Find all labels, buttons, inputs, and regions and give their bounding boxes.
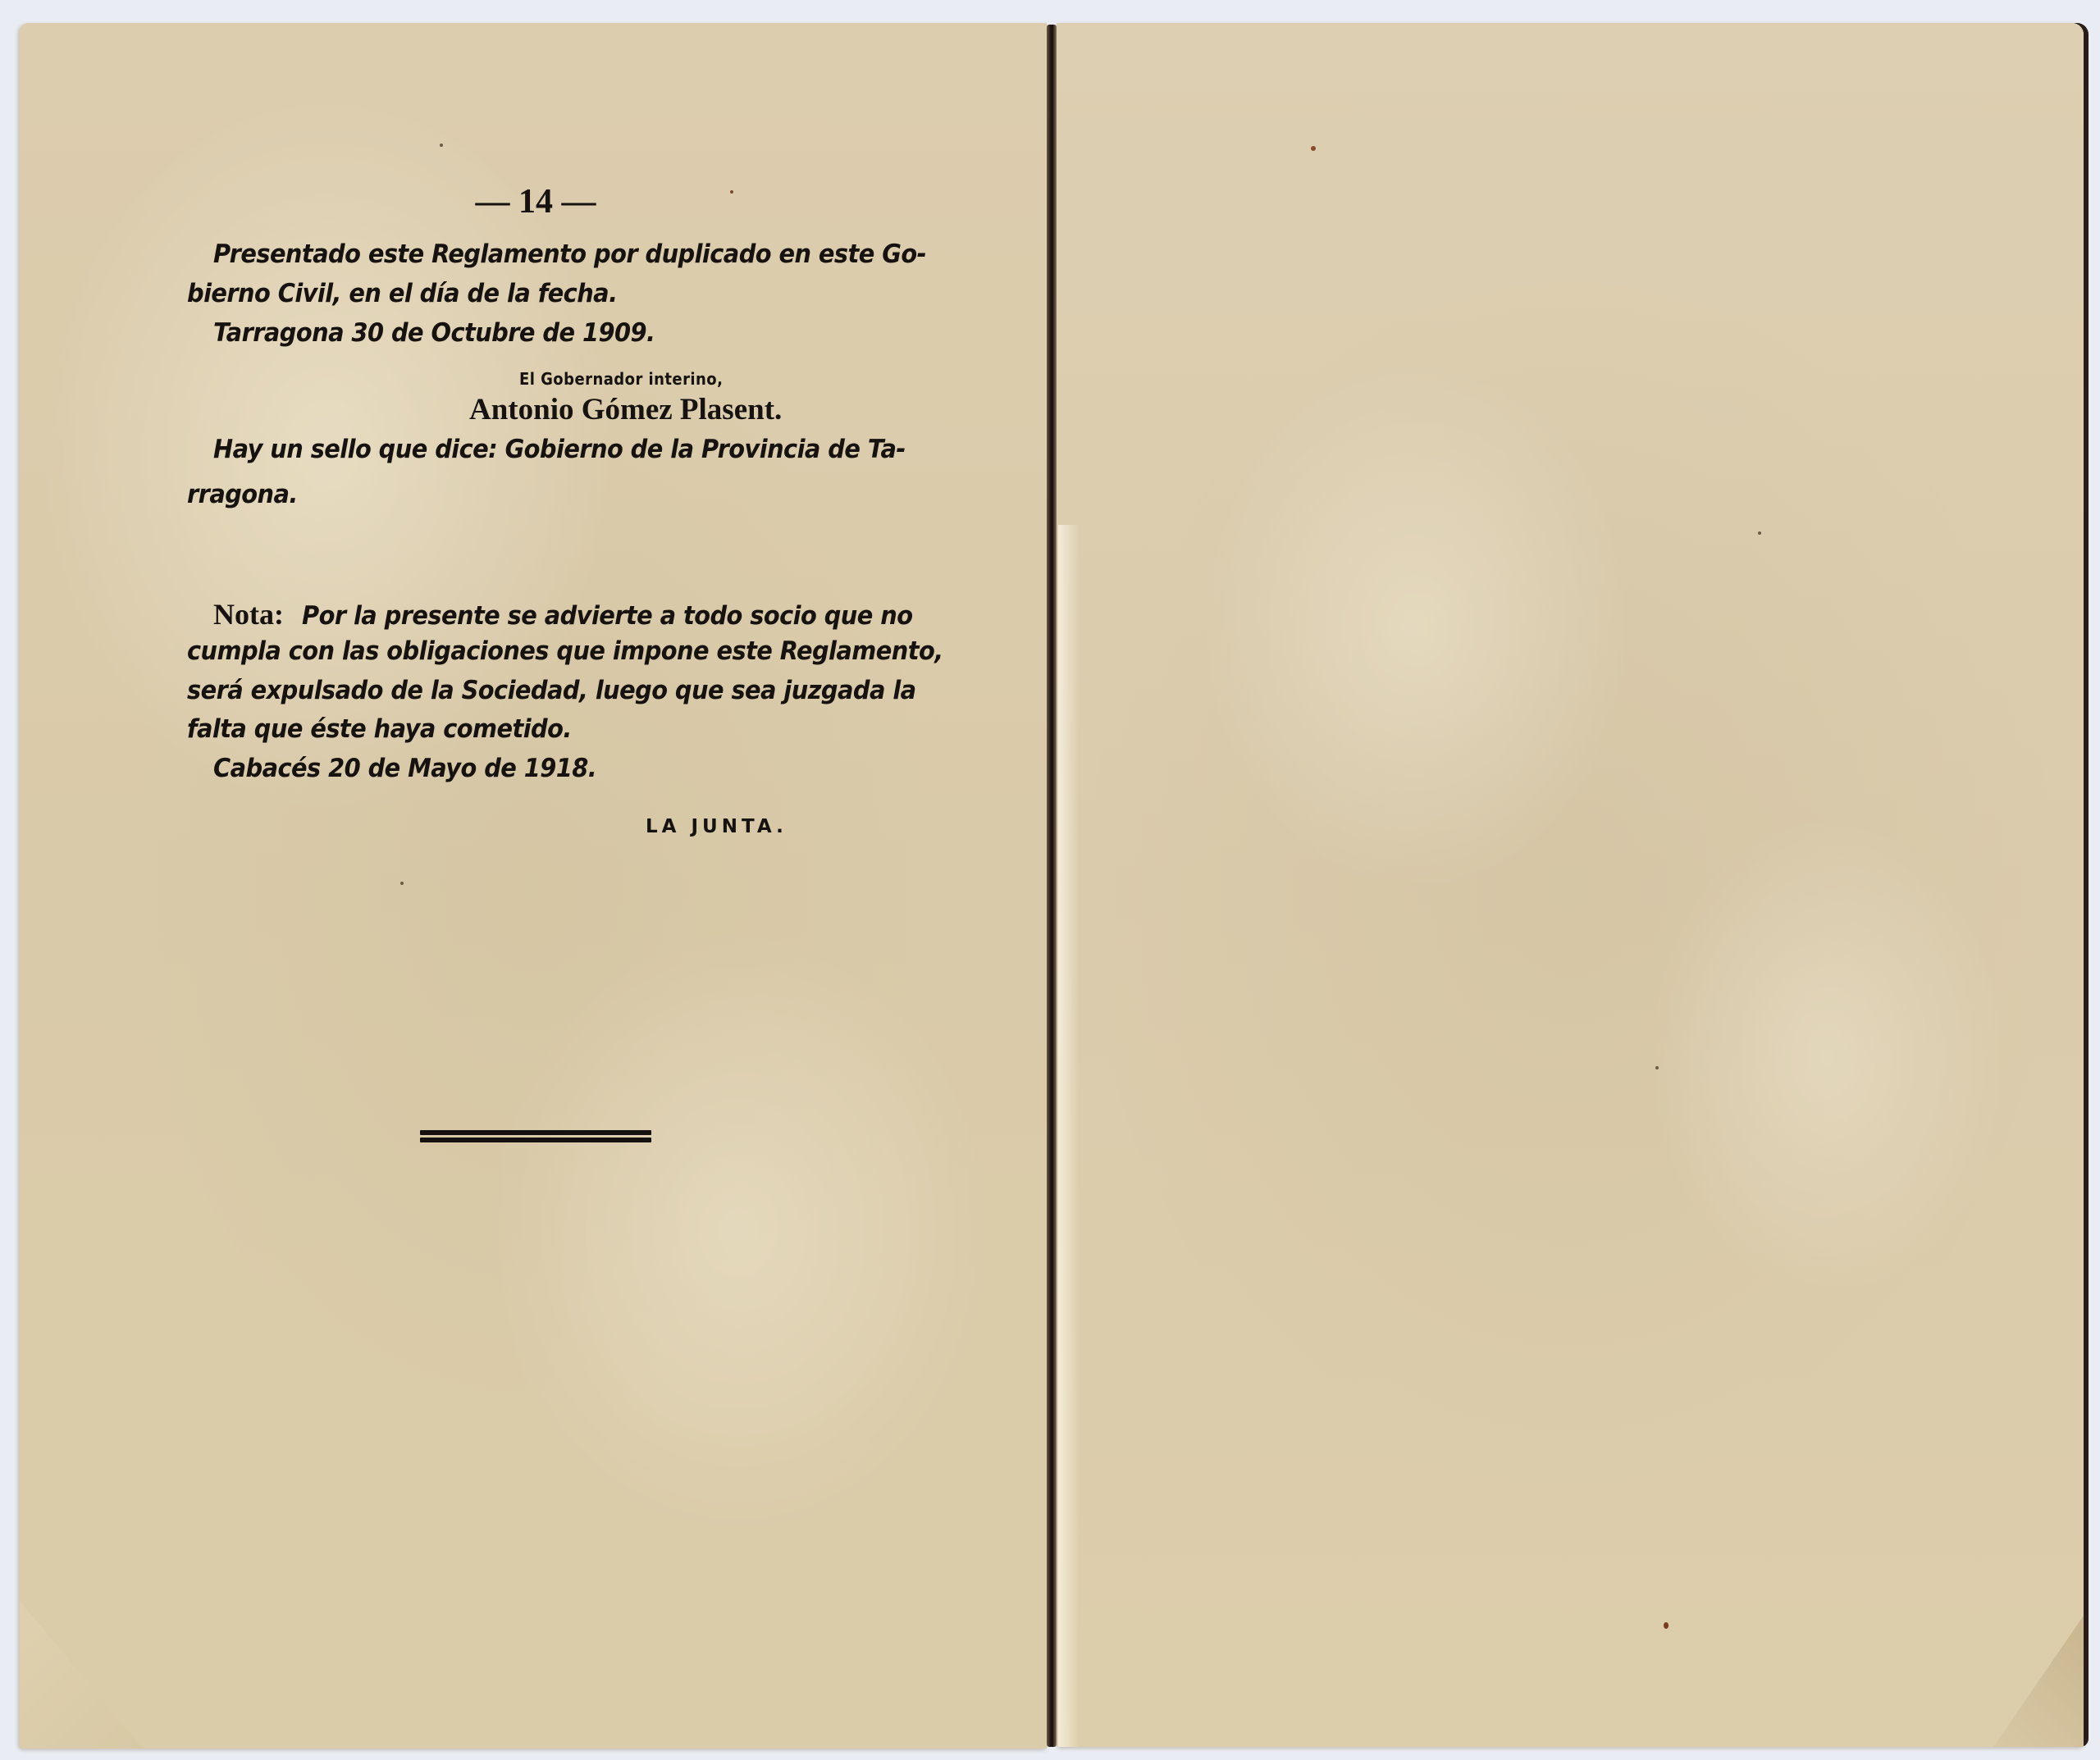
- paragraph-line: Presentado este Reglamento por duplicado…: [213, 239, 926, 269]
- nota-line: será expulsado de la Sociedad, luego que…: [187, 676, 916, 705]
- place-date-1909: Tarragona 30 de Octubre de 1909.: [213, 318, 655, 348]
- spine-highlight: [1058, 525, 1080, 1747]
- folded-corner: [20, 1601, 143, 1749]
- nota-first-line: Nota: Por la presente se advierte a todo…: [213, 597, 958, 632]
- nota-line: Por la presente se advierte a todo socio…: [302, 601, 912, 631]
- paper-speck: [730, 190, 733, 194]
- signature: LA JUNTA.: [646, 816, 787, 837]
- double-rule-divider: [420, 1130, 651, 1145]
- governor-title: El Gobernador interino,: [519, 369, 723, 389]
- paper-speck: [1758, 531, 1761, 535]
- booklet-spread: — 14 — Presentado este Reglamento por du…: [0, 0, 2100, 1760]
- nota-line: falta que éste haya cometido.: [187, 714, 572, 744]
- paper-speck: [1311, 146, 1316, 151]
- right-page: [1057, 23, 2084, 1747]
- seal-note-line: rragona.: [187, 480, 298, 509]
- book-spine: [1047, 25, 1057, 1747]
- page-number: — 14 —: [0, 182, 1071, 221]
- nota-label: Nota:: [213, 598, 284, 631]
- seal-note-line: Hay un sello que dice: Gobierno de la Pr…: [213, 435, 906, 464]
- paragraph-line: bierno Civil, en el día de la fecha.: [187, 279, 617, 308]
- place-date-1918: Cabacés 20 de Mayo de 1918.: [213, 754, 596, 783]
- paper-speck: [1664, 1622, 1669, 1629]
- paper-speck: [1655, 1066, 1659, 1069]
- paper-speck: [400, 882, 404, 885]
- nota-line: cumpla con las obligaciones que impone e…: [187, 636, 943, 666]
- governor-name: Antonio Gómez Plasent.: [469, 392, 782, 427]
- paper-speck: [440, 144, 443, 147]
- folded-corner: [1993, 1616, 2084, 1747]
